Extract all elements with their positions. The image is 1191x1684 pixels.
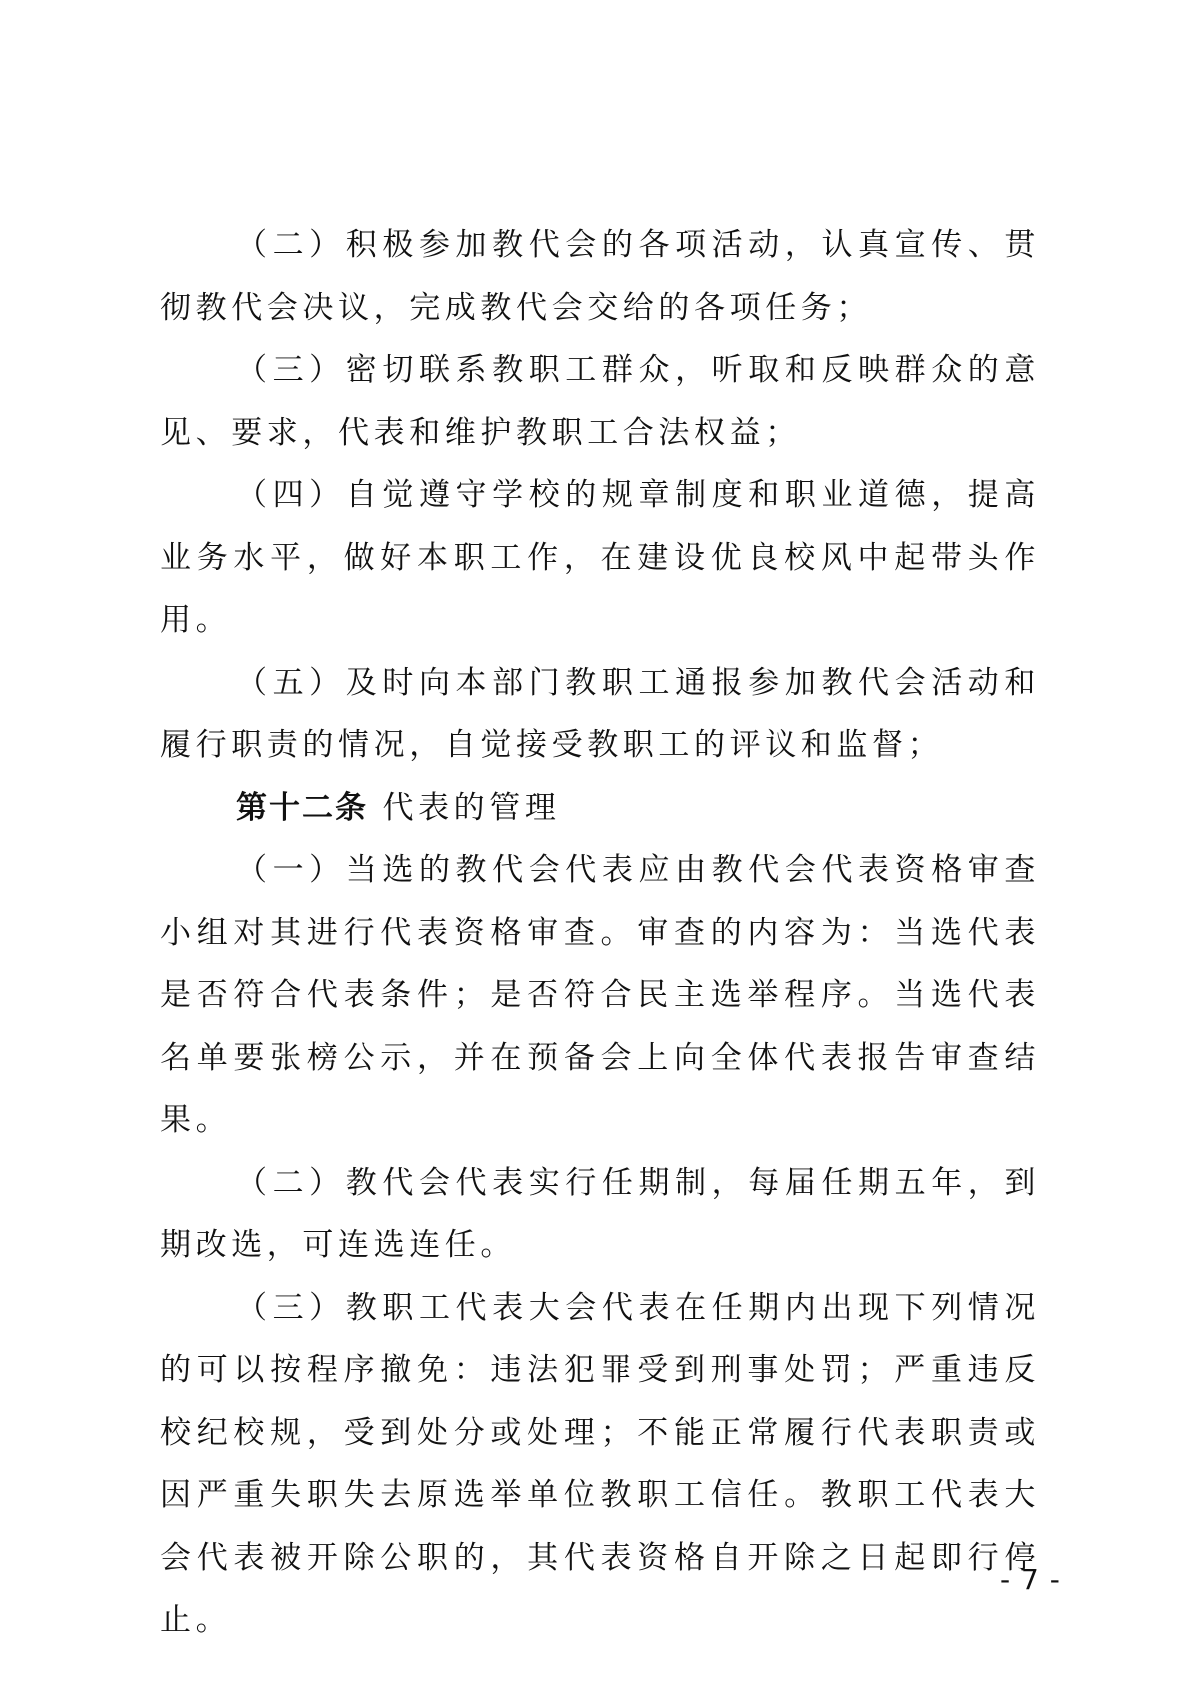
paragraph-item-2: （二）积极参加教代会的各项活动，认真宣传、贯彻教代会决议，完成教代会交给的各项任… — [160, 214, 1040, 339]
paragraph-mgmt-1: （一）当选的教代会代表应由教代会代表资格审查小组对其进行代表资格审查。审查的内容… — [160, 839, 1040, 1152]
paragraph-item-4: （四）自觉遵守学校的规章制度和职业道德，提高业务水平，做好本职工作，在建设优良校… — [160, 464, 1040, 652]
article-heading: 第十二条 代表的管理 — [160, 777, 1040, 840]
paragraph-mgmt-2: （二）教代会代表实行任期制，每届任期五年，到期改选，可连选连任。 — [160, 1152, 1040, 1277]
article-title: 代表的管理 — [382, 790, 560, 826]
document-body: （二）积极参加教代会的各项活动，认真宣传、贯彻教代会决议，完成教代会交给的各项任… — [160, 214, 1040, 1652]
article-number: 第十二条 — [236, 790, 368, 826]
paragraph-mgmt-3: （三）教职工代表大会代表在任期内出现下列情况的可以按程序撤免：违法犯罪受到刑事处… — [160, 1277, 1040, 1652]
paragraph-item-3: （三）密切联系教职工群众，听取和反映群众的意见、要求，代表和维护教职工合法权益； — [160, 339, 1040, 464]
paragraph-item-5: （五）及时向本部门教职工通报参加教代会活动和履行职责的情况，自觉接受教职工的评议… — [160, 652, 1040, 777]
document-page: （二）积极参加教代会的各项活动，认真宣传、贯彻教代会决议，完成教代会交给的各项任… — [0, 0, 1191, 1684]
page-number: - 7 - — [1000, 1563, 1061, 1596]
